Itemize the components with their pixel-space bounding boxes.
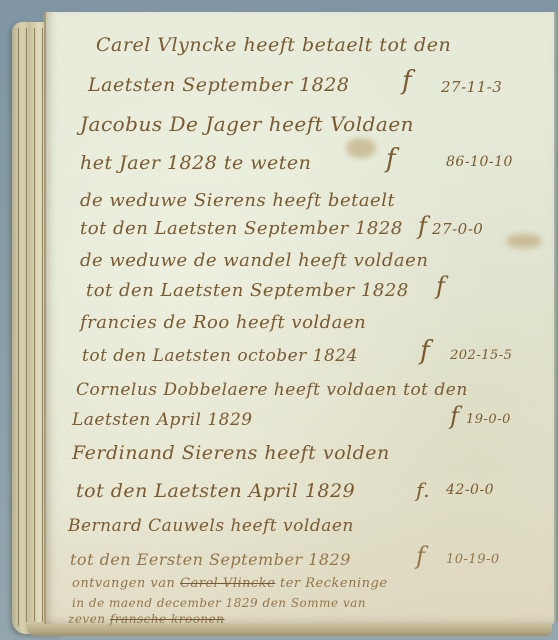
footer-note-prefix: ontvangen van [72,576,175,591]
entry-text: Ferdinand Sierens heeft volden [72,442,390,464]
entry-amount: 86-10-10 [446,154,513,170]
entry-amount: 202-15-5 [450,348,512,363]
scanned-ledger-scene: Carel Vlyncke heeft betaelt tot den Laet… [0,0,558,640]
ink-stain [346,138,376,158]
entry-text: de weduwe Sierens heeft betaelt [80,190,395,211]
florin-symbol: f. [416,478,430,502]
footer-note-prefix: zeven [68,612,106,626]
entry-text: Cornelus Dobbelaere heeft voldaen tot de… [76,380,468,400]
florin-symbol: f [386,144,396,174]
florin-symbol: f [450,402,459,430]
entry-text: de weduwe de wandel heeft voldaen [80,250,428,271]
footer-note-text: ontvangen van Carel Vlincke ter Reckenin… [72,576,388,591]
entry-text: Bernard Cauwels heeft voldaen [68,516,354,536]
florin-symbol: f [418,212,427,240]
florin-symbol: f [436,272,445,300]
entry-amount: 10-19-0 [446,552,500,567]
florin-symbol: f [402,66,412,96]
florin-symbol: f [420,336,430,366]
entry-text: tot den Laetsten September 1828 [86,280,409,301]
entry-amount: 27-11-3 [441,78,502,96]
entry-amount: 42-0-0 [446,482,494,498]
struck-text: fransche kroonen [110,612,225,626]
entry-text: francies de Roo heeft voldaen [80,312,366,333]
entry-text: het Jaer 1828 te weten [80,152,311,174]
footer-note-text: zeven fransche kroonen [68,612,224,626]
ink-stain [506,234,542,248]
entry-amount: 27-0-0 [432,220,483,238]
entry-text: tot den Eersten September 1829 [70,550,351,569]
entry-text: tot den Laetsten April 1829 [76,480,355,502]
entry-text: tot den Laetsten September 1828 [80,218,403,239]
ledger-page: Carel Vlyncke heeft betaelt tot den Laet… [44,12,554,624]
struck-text: Carel Vlincke [180,576,275,591]
florin-symbol: f [416,542,425,570]
entry-text: Laetsten April 1829 [72,410,253,430]
entry-text: Carel Vlyncke heeft betaelt tot den [96,34,451,56]
entry-text: Laetsten September 1828 [88,74,349,96]
footer-note-suffix: ter Reckeninge [280,576,388,591]
footer-note-text: in de maend december 1829 den Somme van [72,596,366,610]
entry-text: Jacobus De Jager heeft Voldaen [80,112,414,136]
entry-amount: 19-0-0 [466,412,511,427]
entry-text: tot den Laetsten october 1824 [82,346,358,366]
